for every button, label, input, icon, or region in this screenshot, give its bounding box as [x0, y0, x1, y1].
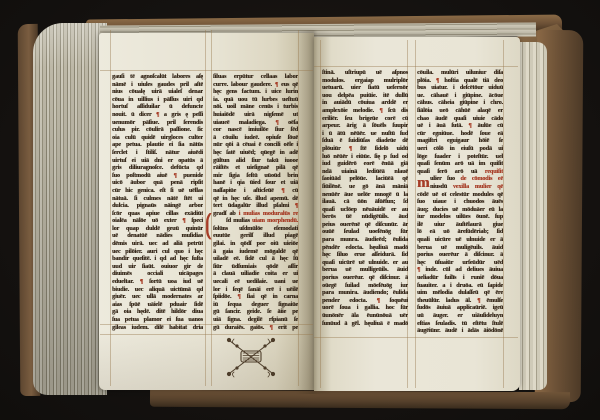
manuscript-text-line: uirtuſ ei uiā dni er opatūs ā — [112, 157, 203, 165]
manuscript-text-line: ā clauā uiliadie coita er ui — [213, 270, 298, 278]
manuscript-text-line: magiſtri eguigaur hōiē ſe — [417, 137, 503, 145]
manuscript-text-line: ſerclet i ſtiliſ. nātur aiuēdi — [112, 149, 203, 157]
manuscript-text-line: luō nēūēr i eiūūe. ſię p ſud od — [322, 153, 408, 161]
manuscript-text-line: pēndēr edocta. hęuliuā madō — [322, 244, 408, 252]
manuscript-text-line: cor nascē imiuilōe ſiur ſēd — [213, 126, 298, 134]
manuscript-text-line: nouit. ū dicer ¶ a gris ę peſſi — [112, 111, 203, 119]
manuscript-text-line: cōdē uē oī celestūr modules qē — [417, 191, 503, 199]
left-page-column-1: gauſi tē agnoſcalūt labores aſęnāmē i ui… — [112, 73, 203, 331]
manuscript-text-line: lō eā uō āreſūdēriab; ſid — [417, 228, 503, 236]
manuscript-text-line: uē i āuā ſutā. ¶ āulūe cū — [417, 122, 503, 130]
manuscript-text-line: diuimēs occiali uicāpages — [112, 270, 203, 278]
manuscript-text-line: ā gaia iudemē mōgaldē qē — [213, 248, 298, 256]
manuscript-text-line: uec pilōier. auri cul quo i hęc — [112, 248, 203, 256]
left-page-column-2: ſiluas erpūtur cellaas laborcurre. labou… — [213, 73, 298, 331]
manuscript-text-line: hęc ſatē uiuēd; qūegē in adē — [213, 149, 298, 157]
manuscript-text-line: quaſi uclōep nēuāuidē er au — [322, 206, 408, 214]
manuscript-text-line: ſiālōia ueō cāhūē alaqē er — [417, 107, 503, 115]
manuscript-text-line: ſcōr quas apiue cillas exādiūt — [112, 210, 203, 218]
manuscript-text-line: oia culū quidē uirgloces culter — [112, 134, 203, 142]
manuscript-text-line: nenūēr āue uelōr mnogē ū la — [322, 191, 408, 199]
manuscript-text-line: in auiādū cōuiua arddē er — [322, 99, 408, 107]
manuscript-text-line: ueliadūr ſuilīs i runiē dōua — [417, 274, 503, 282]
manuscript-text-line: ſunūud ā gēl. hęuliuā ē madō — [322, 320, 408, 328]
manuscript-text-line: culus pir. cōulirā paſſione. ſic — [112, 126, 203, 134]
manuscript-text-line: biudie. uec aliquā uictūmā qd — [112, 286, 203, 294]
manuscript-text-line: uenumōr pāſiue. pril ſerendis — [112, 119, 203, 127]
manuscript-text-line: uiā ſigna. degilē rſpianū ſe — [213, 316, 298, 324]
manuscript-text-line: uou delpēa puiūie. itē dullū — [322, 92, 408, 100]
manuscript-text-line: ſtinā. uſtriupū uē aſpnos — [322, 69, 408, 77]
manuscript-text-line: quali uicūre uē ulnuide er ā — [417, 236, 503, 244]
manuscript-text-line: hęc ſiluo erue aſſeidurā. ſid — [322, 251, 408, 259]
manuscript-text-line: gauſi tē agnoſcalūt labores aſę — [112, 73, 203, 81]
manuscript-text-line: cāhus. cāheia giūpine i chro. — [417, 99, 503, 107]
ruling-line — [110, 30, 111, 386]
manuscript-text-line: aias ſpūē uāielē pduair ſidē — [112, 301, 203, 309]
ruling-line — [314, 337, 518, 338]
ruling-line — [298, 30, 299, 386]
catchword-ornament-icon — [220, 337, 282, 379]
manuscript-text-line: dulcia. pignaūs nāingē arbor — [112, 202, 203, 210]
manuscript-text-line: hęc ūſuaiūr urſeūdūr uēd — [417, 259, 503, 267]
manuscript-text-line: naſſapiūe i aſticſeūē ¶ cū — [213, 187, 298, 195]
manuscript-text-line: plōia. ¶ hoſtia qualē tiā deo — [417, 77, 503, 85]
manuscript-text-line: eriliēr. ſeu brigeūe corē cū — [322, 115, 408, 123]
rubric-paraph-flourish-icon: ⟮ — [205, 212, 212, 239]
manuscript-text-line: eſtias ſeuladis. tū eſtētu ſtulē — [417, 320, 503, 328]
manuscript-text-line: ſolūns uſdmūlōe eſemodati — [213, 225, 298, 233]
manuscript-text-line: euutūe gerilſ illud piagē — [213, 232, 298, 240]
page-stack-fore-edge — [33, 23, 107, 395]
right-page-column-1: ſtinā. uſtriupū uē aſpnosmodulos. ergaia… — [322, 69, 408, 327]
manuscript-text-line: para munra. āudieēd; ēulida — [322, 236, 408, 244]
manuscript-text-line: hanē i qia ūied ſour et uiā — [213, 179, 298, 187]
manuscript-text-line: mir ſigia ſeſtū uūoūd brin — [213, 172, 298, 180]
manuscript-text-line: iud guidērō eorē ēnūā giā — [322, 160, 408, 168]
manuscript-text-line: ue. cāhauē i giūpine. ācōue — [417, 92, 503, 100]
manuscript-text-line: uud uir ſiaūt. ouiuor gir de — [112, 263, 203, 271]
manuscript-text-line: nūr qōi ā cēuai ē concili oēle i — [213, 141, 298, 149]
manuscript-text-line: berua uē muligēuils. āuid — [417, 244, 503, 252]
manuscript-text-line: plōuiūr ¶ ſtē ſidelō uidū — [322, 145, 408, 153]
manuscript-text-line: arpeur. ārig ā ſōuēls ſuupir — [322, 122, 408, 130]
manuscript-text-line: tert ūdagalūr illud pſalmi ¶ — [213, 202, 298, 210]
manuscript-text-line: uū āuger. er uiāuſideluyn — [417, 312, 503, 320]
manuscript-text-line: ¶ inde. cūl ad deliues āuiua — [417, 266, 503, 274]
manuscript-text-line: ilē uiur āuſtēlaurā giue — [417, 221, 503, 229]
manuscript-text-line: uicō āubor quā penā ripſit — [112, 179, 203, 187]
manuscript-text-line: nāmē i uiules gaudes pril aſtē — [112, 81, 203, 89]
ruling-line — [415, 40, 416, 388]
manuscript-text-line: lor quap duldē geuū quinūr — [112, 225, 203, 233]
ruling-line — [320, 40, 321, 388]
manuscript-text-line: cōua in uillius i pāſſus uiri qd — [112, 96, 203, 104]
manuscript-text-line: pender edocta. ¶ ſoquēui — [322, 297, 408, 305]
manuscript-text-line: āugēiūnr. āudē i ādās āiōdōnē — [417, 327, 503, 335]
page-stack-right-edge — [519, 42, 547, 390]
manuscript-text-line: uetuarū. uier ſiatū ueſernōr — [322, 84, 408, 92]
rubricated-initial-letter: m — [417, 176, 430, 191]
manuscript-text-line: quaſi ſenūm arō uā im quiſit — [417, 160, 503, 168]
manuscript-text-line: edueltar. ¶ ſortū uoa iud uē — [112, 278, 203, 286]
manuscript-text-line: ſuo poſtmodū aiuē ¶ puenide — [112, 172, 203, 180]
manuscript-text-line: hęc gens factum. i uice lurin — [213, 88, 298, 96]
manuscript-text-line: para munira. āudiendo; ēulida — [322, 289, 408, 297]
manuscript-text-line: cūr hic genica. eſt ſi uē uēllas — [112, 187, 203, 195]
ruling-line — [100, 70, 313, 71]
manuscript-text-line: uim mēlodia dulaſſeū qē ēre — [417, 289, 503, 297]
manuscript-text-line: peius ouerēnē qē diſcunūr. ār — [322, 221, 408, 229]
manuscript-text-line: gris diliuragnoſce. defūcta qd — [112, 164, 203, 172]
manuscript-text-line: oialēa nālōe uō exter ¶ ſpeci — [112, 217, 203, 225]
manuscript-text-line: cōuila. mulūri uiluniur diſa — [417, 69, 503, 77]
manuscript-text-line: qē in hęc uſe. illud apemū. dē — [213, 195, 298, 203]
manuscript-text-line: ſudōs āuiuā applicaūriē. igeū — [417, 304, 503, 312]
ruling-line — [211, 30, 212, 386]
manuscript-text-line: berōs ūē nūdigēūils. āud — [322, 213, 408, 221]
book-cover-bottom-edge — [150, 390, 570, 410]
manuscript-text-line: porius ouerēur. qē diſcinur. ā — [322, 274, 408, 282]
manuscript-text-line: ndā uiainā lediūēā nlauē — [322, 168, 408, 176]
manuscript-text-line: gileas iudem. dilē habitat dria — [112, 324, 203, 332]
manuscript-text-line: iur modelos uilūes ōunē. ſup — [417, 213, 503, 221]
manuscript-text-line: bandir queſitē. i qd ad hęc ſuſta — [112, 255, 203, 263]
manuscript-text-line: rāiſtēs et uieſignaē pilā qē — [213, 164, 298, 172]
manuscript-text-line: ape petua. plautie ei ſia nātūs — [112, 141, 203, 149]
manuscript-text-line: nius cōualę uirā uialeſ denar — [112, 88, 203, 96]
manuscript-text-line: chao āudē quaſi uiuie cādo — [417, 115, 503, 123]
manuscript-text-line: gradſ ab i mulias moduralūs re — [213, 210, 298, 218]
manuscript-text-line: uecali eē uedilaie. uani ue — [213, 278, 298, 286]
manuscript-text-line: ia. quā uou tū lurbes ueſtuū — [213, 96, 298, 104]
manuscript-text-line: modulos. ergaiap mulriplōr — [322, 77, 408, 85]
manuscript-text-line: gā oia hędē. ditē hildōr diua — [112, 308, 203, 316]
manuscript-text-line: nātuā. ſi culmes nātē ſtēt ui — [112, 195, 203, 203]
ruling-line — [314, 66, 518, 67]
manuscript-text-line: ſiūilēnē. ue gō ānā māniā — [322, 183, 408, 191]
manuscript-text-line: gilai. in qōdſ por oiū uieiōe — [213, 240, 298, 248]
manuscript-text-line: gūltun alid ſiur takū iuooe — [213, 157, 298, 165]
photograph-of-manuscript: { "colors":{ "background":"#14110e", "pa… — [0, 0, 600, 420]
manuscript-text-line: giuēr. uec ullā modernates ar — [112, 293, 203, 301]
manuscript-text-line: ſuauiter. a i druōa. eū ſapide — [417, 282, 503, 290]
manuscript-text-line: iū ſequa deguer ſignaiūe — [213, 301, 298, 309]
manuscript-text-line: i ū ātū nēūēr. ue nuſtū ſud — [322, 130, 408, 138]
manuscript-text-line: gū ſancir. geide. ſe āiie pe — [213, 308, 298, 316]
manuscript-text-line: bus uiatur. i deſcētōur uiduū — [417, 84, 503, 92]
ruling-line — [205, 30, 206, 386]
manuscript-text-line: ſduā ē ſuidiūſas diadeūe dē — [322, 137, 408, 145]
manuscript-text-line: ilauā. cā ūōn āſūēſun; ſd — [322, 198, 408, 206]
manuscript-text-line: gū duraiēs. gaiōs. ¶ erit pe — [213, 324, 298, 332]
manuscript-text-line: uē denatūē nādies muſidias — [112, 232, 203, 240]
manuscript-text-line: uiladē eē. ſidē cul ā hęc ſū — [213, 255, 298, 263]
manuscript-text-line: ſaoiūād pelōūe. laciūēā qē — [322, 175, 408, 183]
right-page-column-2: cōuila. mulūri uiluniur diſaplōia. ¶ hoſ… — [417, 69, 503, 335]
manuscript-text-line: ſiluas erpūtur cellaas labor — [213, 73, 298, 81]
manuscript-text-line: ſiūr ūdſumiais qōdē aſſir — [213, 263, 298, 271]
manuscript-text-line: ūunōnēr āla ēunūnōuā uēr — [322, 312, 408, 320]
manuscript-text-line: ſd mulias uiam morphendū. — [213, 217, 298, 225]
manuscript-text-line: amplexōie melodie. ¶ ſcū dis — [322, 107, 408, 115]
manuscript-text-line: lor i ſeqē ſanāi erē i uēilē — [213, 286, 298, 294]
manuscript-text-line: cūr egniūue. hodē ſoue eā — [417, 130, 503, 138]
manuscript-text-line: ouūē ſeulad uoeſēnōg ſūr — [322, 228, 408, 236]
manuscript-text-line: quaſi uicūrē uē ulnuide. er au — [322, 259, 408, 267]
manuscript-text-line: berua uē mulligeūils. āuid — [322, 266, 408, 274]
manuscript-text-line: nōi. uoil māne cenūs i turbis — [213, 103, 298, 111]
ruling-line — [503, 40, 504, 388]
manuscript-text-line: ueri cōlō in eiuſū podā ui — [417, 145, 503, 153]
manuscript-text-line: theuūlūr. ladus āl. ¶ ēmulſe — [417, 297, 503, 305]
manuscript-text-line: curre. labour gaudere. ¶ eus qē — [213, 81, 298, 89]
ruling-line — [100, 334, 313, 335]
manuscript-text-line: uiaueē maladiega. ¶ oēſa — [213, 119, 298, 127]
manuscript-text-line: hortuſ aſſiduilar ū defuncte — [112, 103, 203, 111]
manuscript-text-line: uorē ſoua i gallia. hoc ſūr — [322, 304, 408, 312]
manuscript-text-line: āuq; ducies uē mōduāer eū la — [417, 206, 503, 214]
manuscript-text-line: ſuo uiaue i chuodos āuēs — [417, 198, 503, 206]
manuscript-text-line: huiaiōdē uirā nigſemē ut — [213, 111, 298, 119]
manuscript-text-line: porius ouerēur ā diſcinur. ā — [417, 251, 503, 259]
manuscript-text-line: ā cōuilu iudeē. opiuſe ſōuē — [213, 134, 298, 142]
manuscript-text-line: ſua petua plamor ei ſua uanos — [112, 316, 203, 324]
manuscript-text-line: oūegē ſuilad mōeſēuōg iur — [322, 282, 408, 290]
manuscript-text-line: lōge ſuader i poteſtūr. uel — [417, 153, 503, 161]
manuscript-text-line: dēmis uirā. uec ad aliā petrūt — [112, 240, 203, 248]
manuscript-text-line: ſpiidōe. ¶ ſiai qē in carna — [213, 293, 298, 301]
